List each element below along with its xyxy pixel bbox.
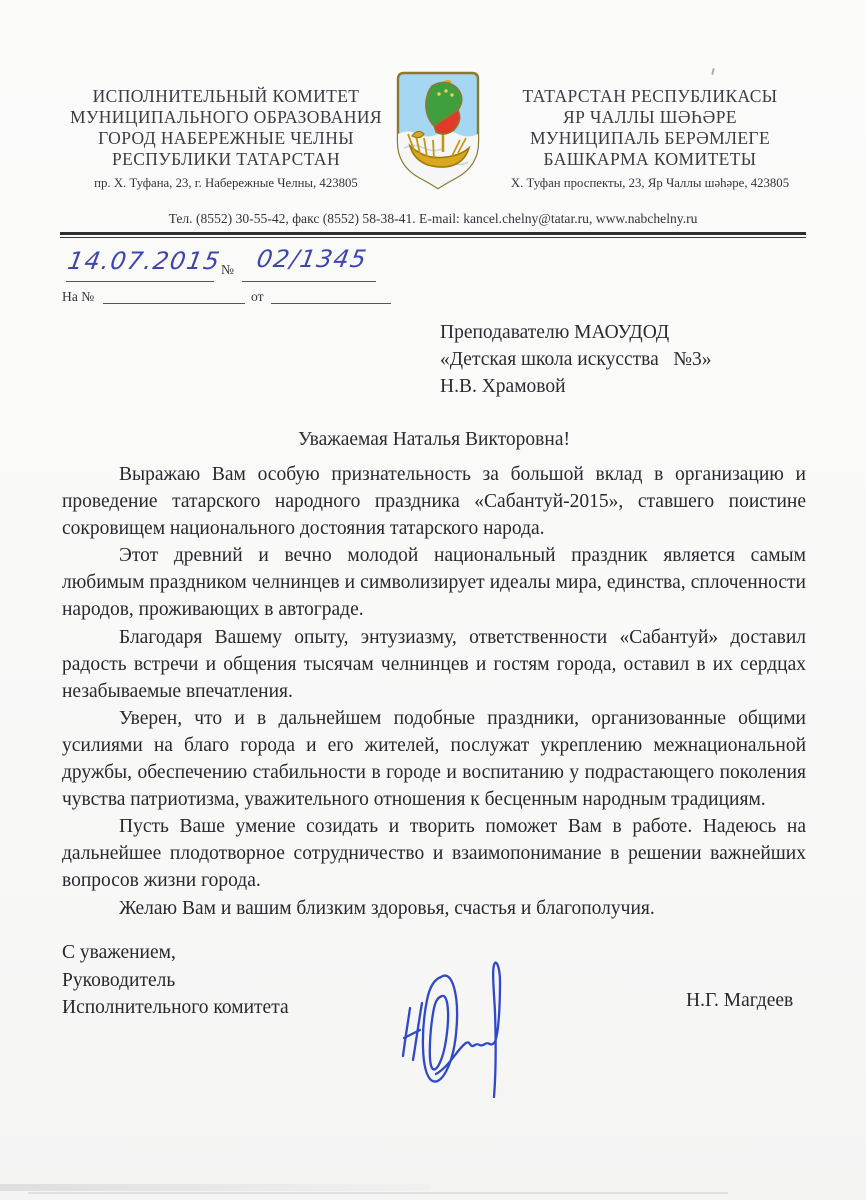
body-paragraph: Желаю Вам и вашим близким здоровья, счас… xyxy=(62,895,806,922)
from-date-label: от xyxy=(251,289,264,305)
addressee-line: Н.В. Храмовой xyxy=(440,373,810,400)
reply-number-underline xyxy=(103,303,245,304)
org-address-russian: пр. Х. Туфана, 23, г. Набережные Челны, … xyxy=(58,176,394,191)
org-name-russian: ИСПОЛНИТЕЛЬНЫЙ КОМИТЕТ МУНИЦИПАЛЬНОГО ОБ… xyxy=(58,86,394,170)
org-name-line: МУНИЦИПАЛЬНОГО ОБРАЗОВАНИЯ xyxy=(58,107,394,128)
number-underline xyxy=(242,281,376,282)
addressee-block: Преподавателю МАОУДОД «Детская школа иск… xyxy=(440,319,810,400)
org-name-line: ТАТАРСТАН РЕСПУБЛИКАСЫ xyxy=(480,86,820,107)
org-name-line: МУНИЦИПАЛЬ БЕРӘМЛЕГЕ xyxy=(480,128,820,149)
org-name-line: РЕСПУБЛИКИ ТАТАРСТАН xyxy=(58,149,394,170)
scan-speck xyxy=(711,68,715,75)
org-name-line: ГОРОД НАБЕРЕЖНЫЕ ЧЕЛНЫ xyxy=(58,128,394,149)
closing-block: С уважением, Руководитель Исполнительног… xyxy=(62,939,289,1022)
signature-scribble-icon xyxy=(386,950,556,1110)
coat-of-arms-icon xyxy=(394,70,482,192)
outgoing-date-handwritten: 14.07.2015 xyxy=(68,247,218,276)
org-name-line: БАШКАРМА КОМИТЕТЫ xyxy=(480,149,820,170)
outgoing-number-handwritten: 02/1345 xyxy=(246,245,378,274)
closing-line: Руководитель xyxy=(62,967,289,995)
body-paragraph: Пусть Ваше умение созидать и творить пом… xyxy=(62,813,806,894)
closing-line: С уважением, xyxy=(62,939,289,967)
scan-bottom-edge xyxy=(28,1192,728,1194)
from-date-underline xyxy=(271,303,391,304)
handwritten-number: 02/1345 xyxy=(254,245,369,273)
org-name-line: ИСПОЛНИТЕЛЬНЫЙ КОМИТЕТ xyxy=(58,86,394,107)
number-sign-label: № xyxy=(221,262,234,278)
signature-stroke xyxy=(403,963,500,1097)
signer-name: Н.Г. Магдеев xyxy=(686,990,793,1012)
body-paragraph: Этот древний и вечно молодой национальны… xyxy=(62,542,806,623)
handwritten-date: 14.07.2015 xyxy=(66,247,223,275)
salutation: Уважаемая Наталья Викторовна! xyxy=(62,429,806,451)
org-name-tatar: ТАТАРСТАН РЕСПУБЛИКАСЫ ЯР ЧАЛЛЫ ШӘҺӘРЕ М… xyxy=(480,86,820,170)
header-divider xyxy=(60,232,806,238)
addressee-line: Преподавателю МАОУДОД xyxy=(440,319,810,346)
org-address-tatar: Х. Туфан проспекты, 23, Яр Чаллы шәһәре,… xyxy=(480,176,820,191)
closing-line: Исполнительного комитета xyxy=(62,994,289,1022)
reply-to-label: На № xyxy=(62,289,94,305)
body-paragraph: Уверен, что и в дальнейшем подобные праз… xyxy=(62,705,806,813)
body-paragraph: Выражаю Вам особую признательность за бо… xyxy=(62,461,806,542)
date-underline xyxy=(66,281,214,282)
letter-body: Выражаю Вам особую признательность за бо… xyxy=(62,461,806,922)
body-paragraph: Благодаря Вашему опыту, энтузиазму, отве… xyxy=(62,624,806,705)
addressee-line: «Детская школа искусства №3» xyxy=(440,346,810,373)
letter-page: ИСПОЛНИТЕЛЬНЫЙ КОМИТЕТ МУНИЦИПАЛЬНОГО ОБ… xyxy=(0,0,866,1200)
contact-info: Тел. (8552) 30-55-42, факс (8552) 58-38-… xyxy=(60,211,806,227)
org-name-line: ЯР ЧАЛЛЫ ШӘҺӘРЕ xyxy=(480,107,820,128)
scan-bottom-smudge xyxy=(0,1184,430,1191)
